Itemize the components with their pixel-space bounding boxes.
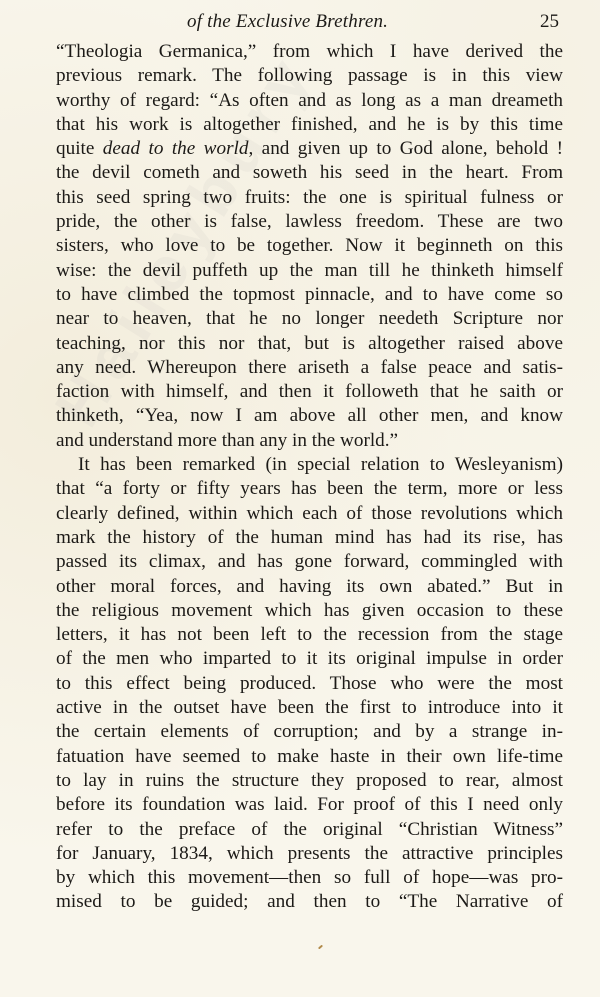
- text-line: sisters, who love to be together. Now it…: [56, 234, 563, 258]
- text-line: that “a forty or fifty years has been th…: [56, 477, 563, 501]
- text-line: any need. Whereupon there ariseth a fals…: [56, 356, 563, 380]
- text-line: thinketh, “Yea, now I am above all other…: [56, 404, 563, 428]
- text-line: the devil cometh and soweth his seed in …: [56, 161, 563, 185]
- running-head: of the Exclusive Brethren. 25: [0, 0, 600, 40]
- text-line: to have climbed the topmost pinnacle, an…: [56, 283, 563, 307]
- paragraph-end-line: and understand more than any in the worl…: [56, 429, 563, 453]
- text-line-with-italic: quite dead to the world, and given up to…: [56, 137, 563, 161]
- text-line: faction with himself, and then it follow…: [56, 380, 563, 404]
- text-line: mark the history of the human mind has h…: [56, 526, 563, 550]
- text-line: previous remark. The following passage i…: [56, 64, 563, 88]
- text-line: to this effect being produced. Those who…: [56, 672, 563, 696]
- text-line: pride, the other is false, lawless freed…: [56, 210, 563, 234]
- text-line: wise: the devil puffeth up the man till …: [56, 259, 563, 283]
- text-line: that his work is altogether finished, an…: [56, 113, 563, 137]
- page-number: 25: [540, 11, 559, 33]
- text-line: fatuation have seemed to make haste in t…: [56, 745, 563, 769]
- text-line: active in the outset have been the first…: [56, 696, 563, 720]
- paragraph-start-line: It has been remarked (in special relatio…: [56, 453, 563, 477]
- text-line: letters, it has not been left to the rec…: [56, 623, 563, 647]
- text-run: quite: [56, 138, 103, 159]
- running-title: of the Exclusive Brethren.: [187, 11, 388, 33]
- text-line: this seed spring two fruits: the one is …: [56, 186, 563, 210]
- book-page: Haileybury of the Exclusive Brethren. 25…: [0, 0, 600, 997]
- text-line: other moral forces, and having its own a…: [56, 575, 563, 599]
- text-line: refer to the preface of the original “Ch…: [56, 818, 563, 842]
- text-line: clearly defined, within which each of th…: [56, 502, 563, 526]
- text-line: by which this movement—then so full of h…: [56, 866, 563, 890]
- text-line: passed its climax, and has gone forward,…: [56, 550, 563, 574]
- text-line: to lay in ruins the structure they propo…: [56, 769, 563, 793]
- text-line: teaching, nor this nor that, but is alto…: [56, 332, 563, 356]
- body-text: “Theologia Germanica,” from which I have…: [56, 40, 563, 915]
- text-line: the religious movement which has given o…: [56, 599, 563, 623]
- text-run: , and given up to God alone, behold !: [248, 138, 563, 159]
- text-line: the certain elements of corruption; and …: [56, 720, 563, 744]
- paper-blemish: [318, 945, 323, 950]
- text-line: of the men who imparted to it its origin…: [56, 647, 563, 671]
- text-line: near to heaven, that he no longer needet…: [56, 307, 563, 331]
- text-line: worthy of regard: “As often and as long …: [56, 89, 563, 113]
- italic-phrase: dead to the world: [103, 138, 249, 159]
- text-line: for January, 1834, which presents the at…: [56, 842, 563, 866]
- text-line: before its foundation was laid. For proo…: [56, 793, 563, 817]
- text-line: “Theologia Germanica,” from which I have…: [56, 40, 563, 64]
- text-line: mised to be guided; and then to “The Nar…: [56, 890, 563, 914]
